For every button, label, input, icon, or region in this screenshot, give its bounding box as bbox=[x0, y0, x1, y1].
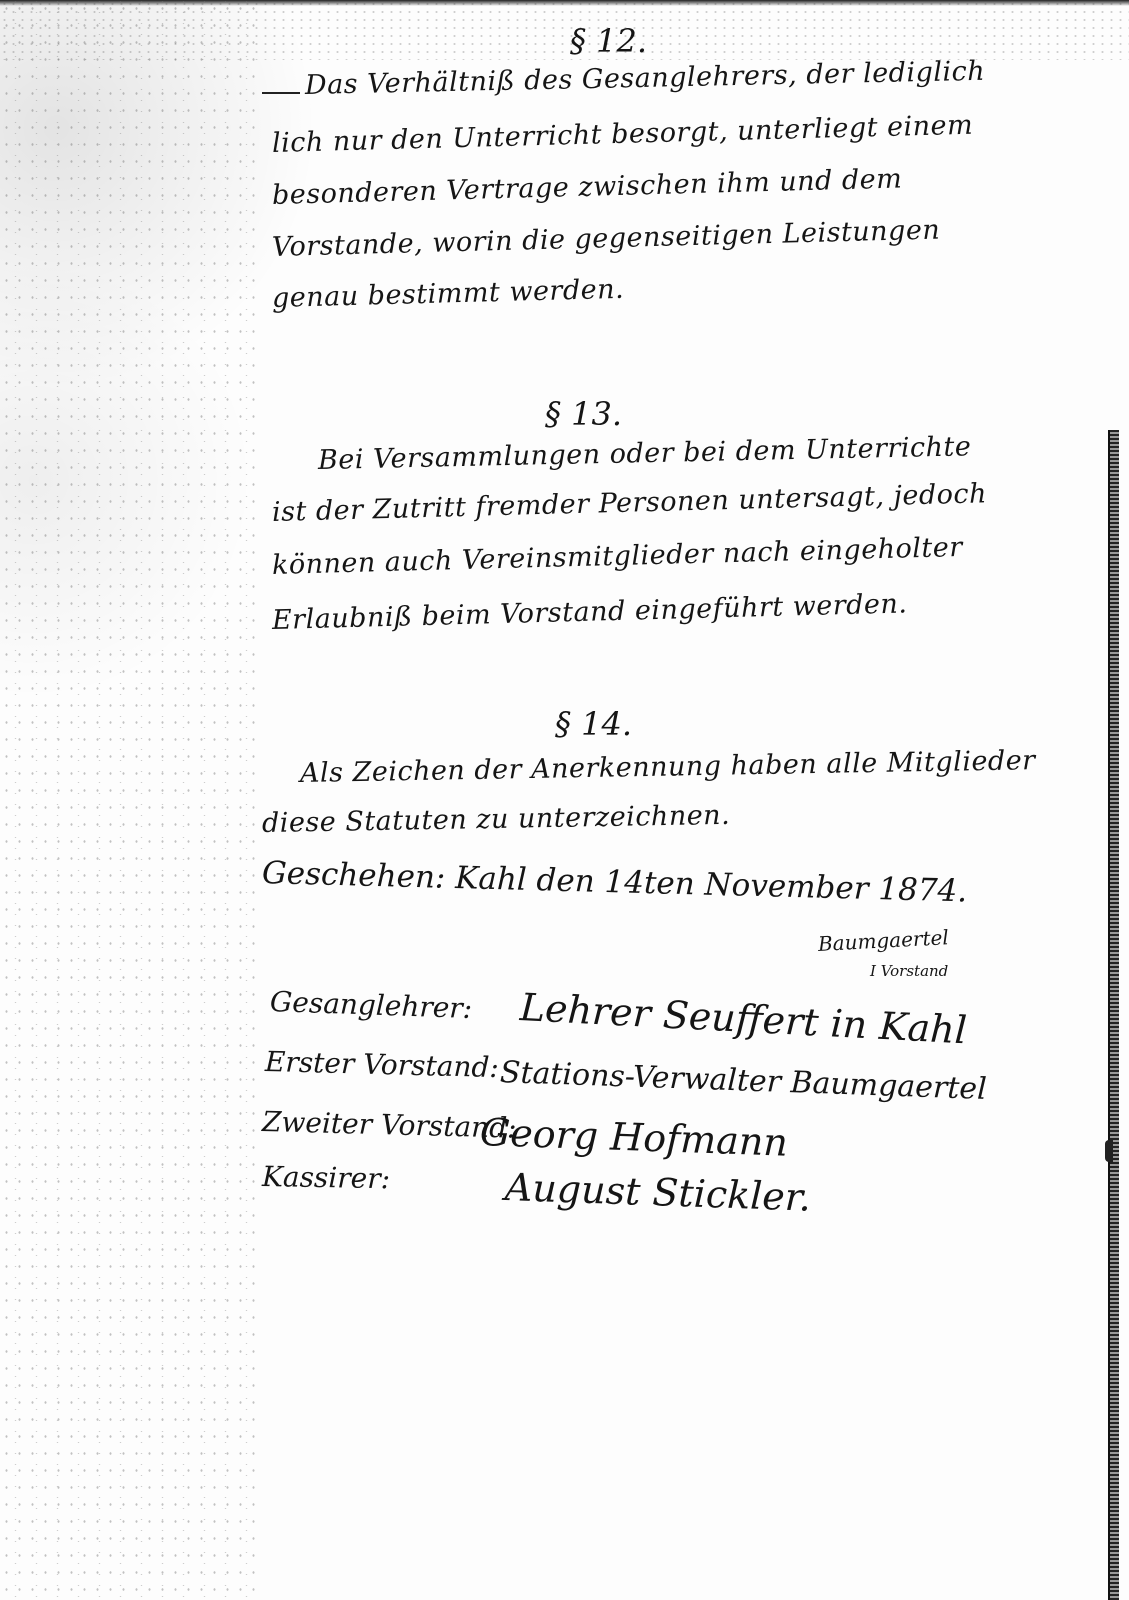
section-heading-13: § 13. bbox=[545, 395, 622, 433]
section-14-line-2: diese Statuten zu unterzeichnen. bbox=[262, 800, 731, 839]
section-12-line-4: Vorstande, worin die gegenseitigen Leist… bbox=[272, 215, 941, 263]
section-13-line-1: Bei Versammlungen oder bei dem Unterrich… bbox=[318, 431, 972, 476]
signature-name-zweiter-vorstand: Georg Hofmann bbox=[479, 1110, 788, 1165]
scanned-page: § 12. Das Verhältniß des Gesanglehrers, … bbox=[0, 0, 1129, 1600]
scan-noise-left bbox=[0, 0, 260, 1600]
signature-name-erster-vorstand: Stations-Verwalter Baumgaertel bbox=[499, 1055, 987, 1107]
page-binding-edge bbox=[1108, 430, 1119, 1600]
section-12-line-1: Das Verhältniß des Gesanglehrers, der le… bbox=[305, 56, 986, 101]
signature-label-erster-vorstand: Erster Vorstand: bbox=[265, 1045, 500, 1084]
margin-annotation-role: I Vorstand bbox=[870, 962, 948, 980]
place-date-line: Geschehen: Kahl den 14ten November 1874. bbox=[262, 855, 968, 909]
section-12-line-2: lich nur den Unterricht besorgt, unterli… bbox=[272, 110, 974, 159]
signature-name-kassirer: August Stickler. bbox=[504, 1165, 811, 1220]
margin-annotation-name: Baumgaertel bbox=[817, 925, 949, 956]
section-heading-12: § 12. bbox=[570, 22, 647, 60]
section-heading-14: § 14. bbox=[555, 705, 632, 743]
section-13-line-2: ist der Zutritt fremder Personen untersa… bbox=[272, 478, 988, 528]
signature-label-gesanglehrer: Gesanglehrer: bbox=[269, 985, 472, 1025]
signature-label-kassirer: Kassirer: bbox=[262, 1160, 391, 1195]
signature-label-zweiter-vorstand: Zweiter Vorstand: bbox=[262, 1105, 517, 1145]
signature-name-gesanglehrer: Lehrer Seuffert in Kahl bbox=[519, 985, 968, 1052]
section-13-line-4: Erlaubniß beim Vorstand eingeführt werde… bbox=[272, 588, 908, 636]
section-14-line-1: Als Zeichen der Anerkennung haben alle M… bbox=[300, 745, 1036, 789]
binding-notch bbox=[1105, 1140, 1113, 1162]
indent-dash bbox=[262, 92, 300, 94]
section-12-line-5: genau bestimmt werden. bbox=[272, 274, 625, 314]
section-13-line-3: können auch Vereinsmitglieder nach einge… bbox=[272, 532, 963, 581]
section-12-line-3: besonderen Vertrage zwischen ihm und dem bbox=[272, 164, 903, 211]
